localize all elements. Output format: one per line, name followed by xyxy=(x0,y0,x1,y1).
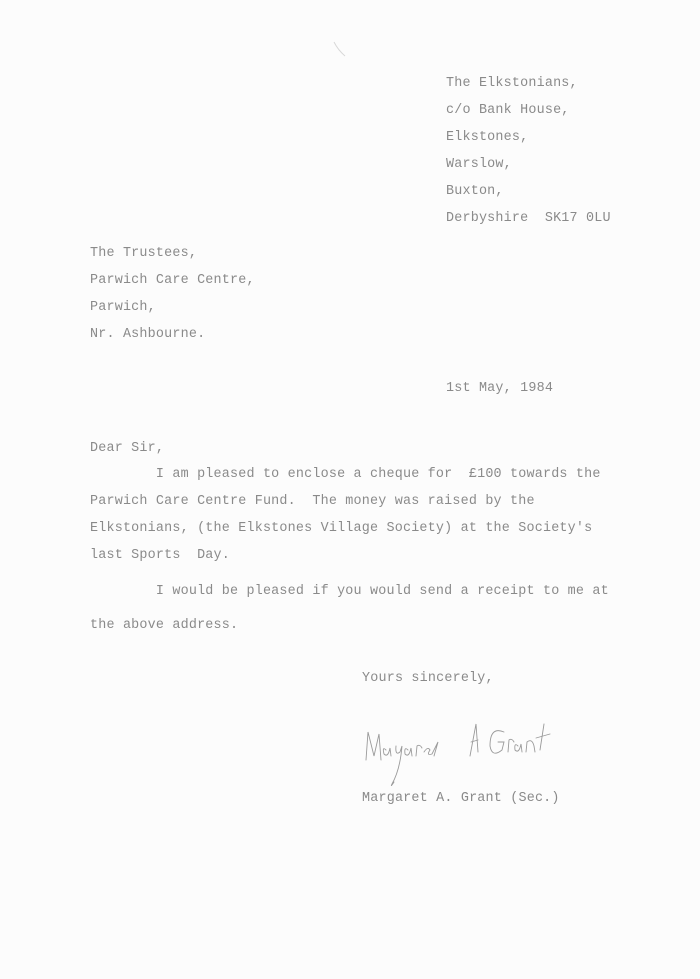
sender-line-2: c/o Bank House, xyxy=(446,103,570,119)
body-line: last Sports Day. xyxy=(90,548,230,564)
body-line: I am pleased to enclose a cheque for £10… xyxy=(90,467,601,483)
recipient-line-3: Parwich, xyxy=(90,300,156,316)
sender-line-4: Warslow, xyxy=(446,157,512,173)
closing: Yours sincerely, xyxy=(362,671,494,687)
recipient-line-4: Nr. Ashbourne. xyxy=(90,327,205,343)
recipient-line-1: The Trustees, xyxy=(90,246,197,262)
sender-line-3: Elkstones, xyxy=(446,130,528,146)
letter-page: The Elkstonians, c/o Bank House, Elkston… xyxy=(0,0,700,979)
handwritten-signature xyxy=(362,712,582,792)
signatory-name: Margaret A. Grant (Sec.) xyxy=(362,791,560,807)
paper-crease-mark xyxy=(330,40,350,60)
sender-line-6: Derbyshire SK17 0LU xyxy=(446,211,611,227)
recipient-line-2: Parwich Care Centre, xyxy=(90,273,255,289)
sender-line-1: The Elkstonians, xyxy=(446,76,578,92)
body-line: Parwich Care Centre Fund. The money was … xyxy=(90,494,535,510)
body-line: Elkstonians, (the Elkstones Village Soci… xyxy=(90,521,592,537)
body-line: the above address. xyxy=(90,618,238,634)
salutation: Dear Sir, xyxy=(90,441,164,457)
letter-date: 1st May, 1984 xyxy=(446,381,553,397)
body-line: I would be pleased if you would send a r… xyxy=(90,584,609,600)
sender-line-5: Buxton, xyxy=(446,184,504,200)
